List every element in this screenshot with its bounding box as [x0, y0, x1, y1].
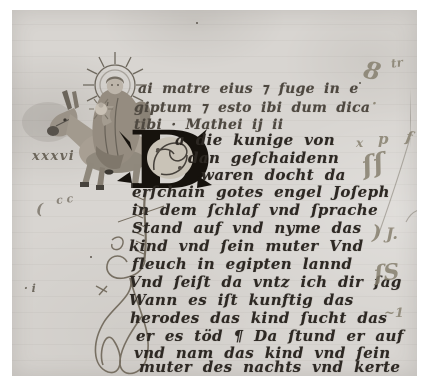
margin-mark-cc: c c	[55, 192, 74, 207]
ink-speck	[90, 256, 92, 258]
pen-trial-t1: ~1	[384, 306, 404, 321]
ink-speck	[359, 82, 361, 84]
pen-trial-p: p	[378, 130, 389, 148]
margin-mark-i: · i	[24, 282, 36, 295]
pen-trial-tr: tr	[390, 55, 404, 71]
chapter-numeral: xxxvi	[32, 149, 75, 164]
german-line-9: Vnd ſeiſt da vntz ich dir ſag	[129, 273, 402, 291]
latin-line-1: ai matre eius ⁊ fuge in e	[138, 81, 359, 97]
german-line-14: muter des nachts vnd kerte	[139, 358, 400, 376]
german-line-7: kind vnd ſein muter Vnd	[129, 237, 363, 255]
paper-smudge	[22, 102, 74, 142]
german-line-1: a die kunige von	[175, 131, 335, 149]
german-line-3: waren docht da	[201, 166, 346, 184]
german-line-8: fleuch in egipten lannd	[132, 255, 352, 273]
pen-trial-dot: ·	[372, 96, 377, 112]
margin-mark-paren: (	[36, 200, 43, 218]
latin-line-2: giptum ⁊ esto ibi dum dica	[134, 100, 370, 116]
manuscript-photo: D	[12, 10, 417, 376]
pen-trial-ss: ſS	[373, 259, 401, 288]
pen-trial-ff: ſſ	[359, 148, 387, 182]
german-line-11: herodes das kind ſucht das	[130, 309, 387, 327]
german-line-12: er es töd ¶ Da ſtund er auf	[136, 327, 404, 345]
ink-speck	[196, 22, 198, 24]
german-line-10: Wann es iſt kunftig das	[129, 291, 354, 309]
pen-trial-8: 8	[361, 55, 383, 87]
pen-trial-paren: )	[372, 220, 381, 244]
pen-trial-j: J.	[386, 224, 398, 243]
donkey-tail	[150, 138, 157, 165]
screenshot-canvas: D	[0, 0, 430, 391]
german-line-5: in dem ſchlaf vnd ſprache	[132, 201, 378, 219]
german-line-2: dan geſchaidenn	[188, 149, 339, 167]
german-line-6: Stand auf vnd nyme das	[132, 219, 361, 237]
page-crease	[410, 88, 411, 148]
german-line-4: erſchain gotes engel Joſeph	[132, 183, 390, 201]
pen-trial-x: x	[356, 136, 363, 150]
christ-child	[89, 99, 113, 119]
